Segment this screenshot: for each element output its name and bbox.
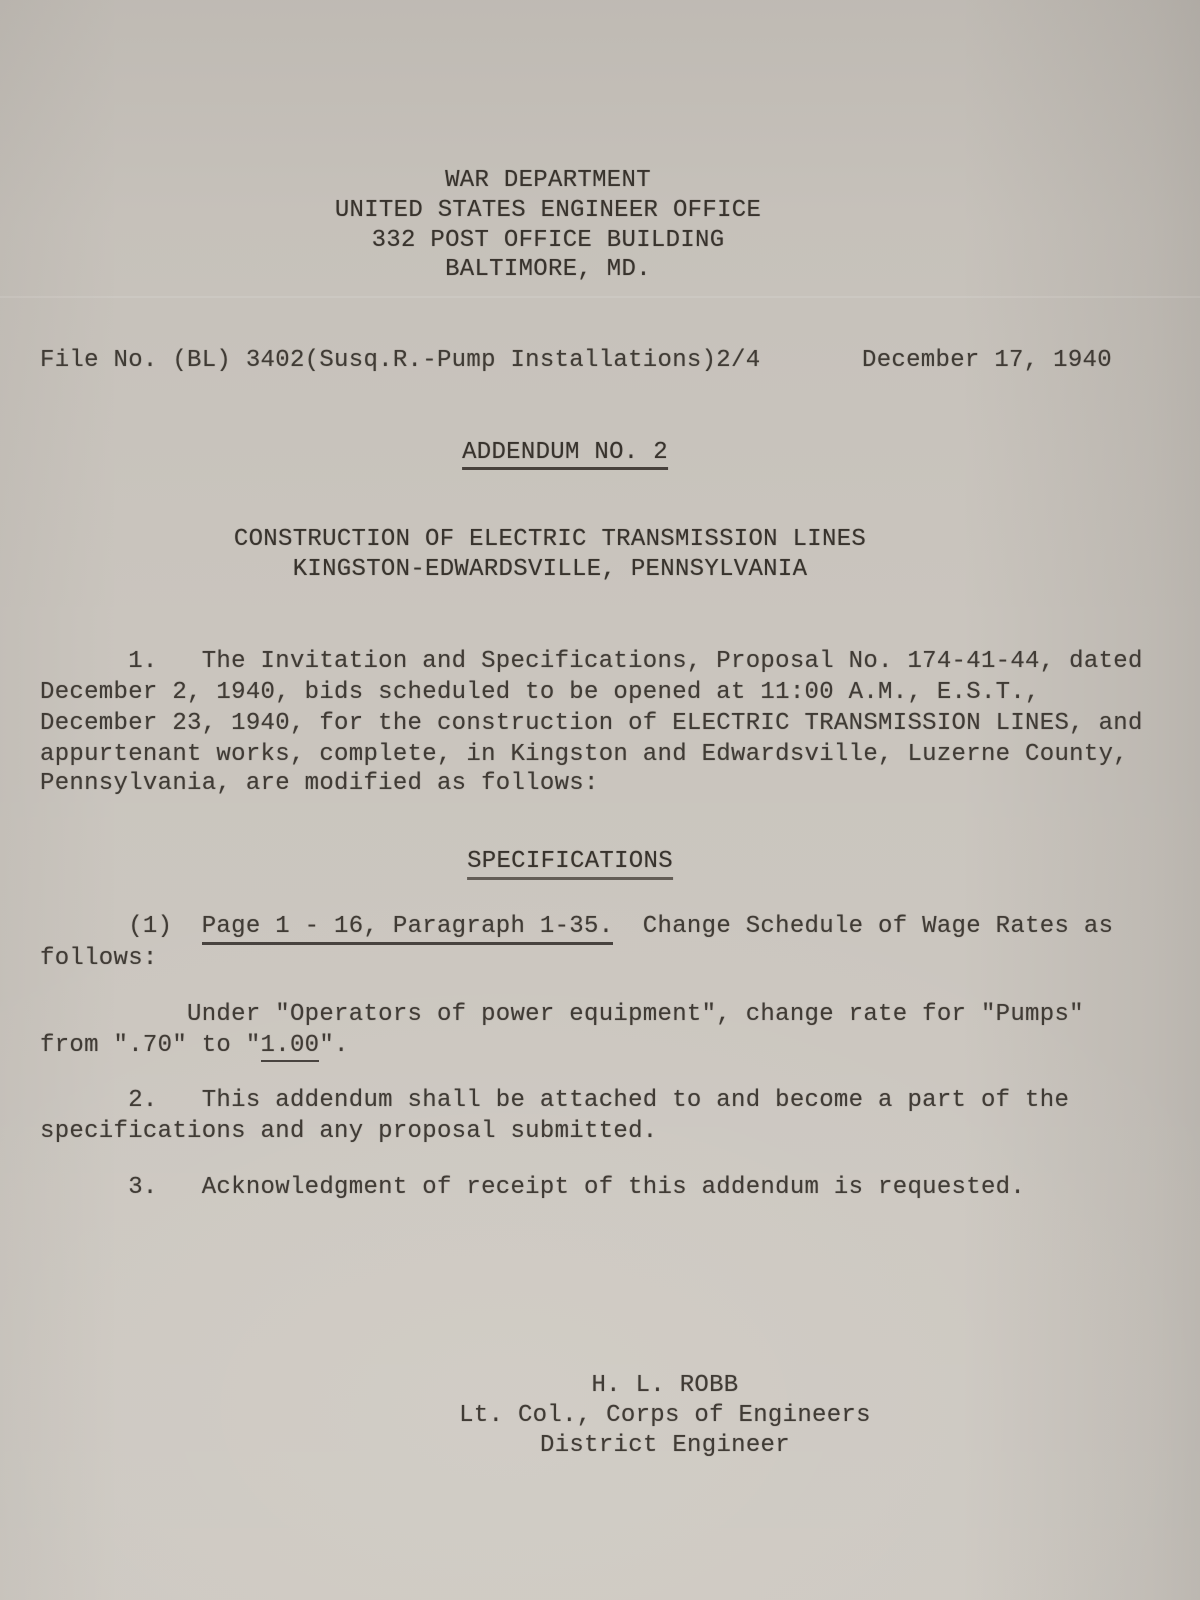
letterhead-line-4: BALTIMORE, MD.	[445, 258, 651, 282]
subject-line-2: KINGSTON-EDWARDSVILLE, PENNSYLVANIA	[293, 558, 808, 582]
file-number: File No. (BL) 3402(Susq.R.-Pump Installa…	[40, 349, 760, 373]
subject-line-1: CONSTRUCTION OF ELECTRIC TRANSMISSION LI…	[234, 528, 866, 552]
paragraph-1-line-5: Pennsylvania, are modified as follows:	[40, 772, 599, 796]
paragraph-1-line-1: 1. The Invitation and Specifications, Pr…	[40, 650, 1143, 674]
paragraph-2-line-2: specifications and any proposal submitte…	[40, 1120, 658, 1144]
signature-title: District Engineer	[540, 1434, 790, 1458]
letterhead-line-1: WAR DEPARTMENT	[445, 169, 651, 193]
wage-change-prefix: from ".70" to "	[40, 1032, 261, 1059]
specifications-heading: SPECIFICATIONS	[467, 850, 673, 880]
addendum-heading-text: ADDENDUM NO. 2	[462, 441, 668, 470]
signature-rank: Lt. Col., Corps of Engineers	[459, 1404, 871, 1428]
wage-change-line-2: from ".70" to "1.00".	[40, 1034, 349, 1062]
item-1-prefix: (1)	[40, 913, 202, 940]
paragraph-3-line-1: 3. Acknowledgment of receipt of this add…	[40, 1176, 1025, 1200]
letterhead-line-3: 332 POST OFFICE BUILDING	[372, 229, 725, 253]
paragraph-1-line-4: appurtenant works, complete, in Kingston…	[40, 743, 1128, 767]
wage-change-suffix: ".	[319, 1032, 348, 1059]
item-1-reference-underlined: Page 1 - 16, Paragraph 1-35.	[202, 915, 614, 945]
paper-crease	[0, 296, 1200, 298]
signature-name: H. L. ROBB	[591, 1374, 738, 1398]
specifications-heading-text: SPECIFICATIONS	[467, 850, 673, 880]
document-date: December 17, 1940	[862, 349, 1112, 373]
item-1-line-2: follows:	[40, 947, 158, 971]
scanned-document-page: WAR DEPARTMENT UNITED STATES ENGINEER OF…	[0, 0, 1200, 1600]
wage-change-new-rate-underlined: 1.00	[261, 1034, 320, 1062]
paragraph-2-line-1: 2. This addendum shall be attached to an…	[40, 1089, 1069, 1113]
paragraph-1-line-3: December 23, 1940, for the construction …	[40, 712, 1143, 736]
item-1-after: Change Schedule of Wage Rates as	[613, 913, 1113, 940]
paragraph-1-line-2: December 2, 1940, bids scheduled to be o…	[40, 681, 1040, 705]
letterhead-line-2: UNITED STATES ENGINEER OFFICE	[335, 199, 761, 223]
wage-change-line-1: Under "Operators of power equipment", ch…	[40, 1003, 1084, 1027]
addendum-heading: ADDENDUM NO. 2	[462, 441, 668, 470]
item-1-line-1: (1) Page 1 - 16, Paragraph 1-35. Change …	[40, 915, 1113, 945]
